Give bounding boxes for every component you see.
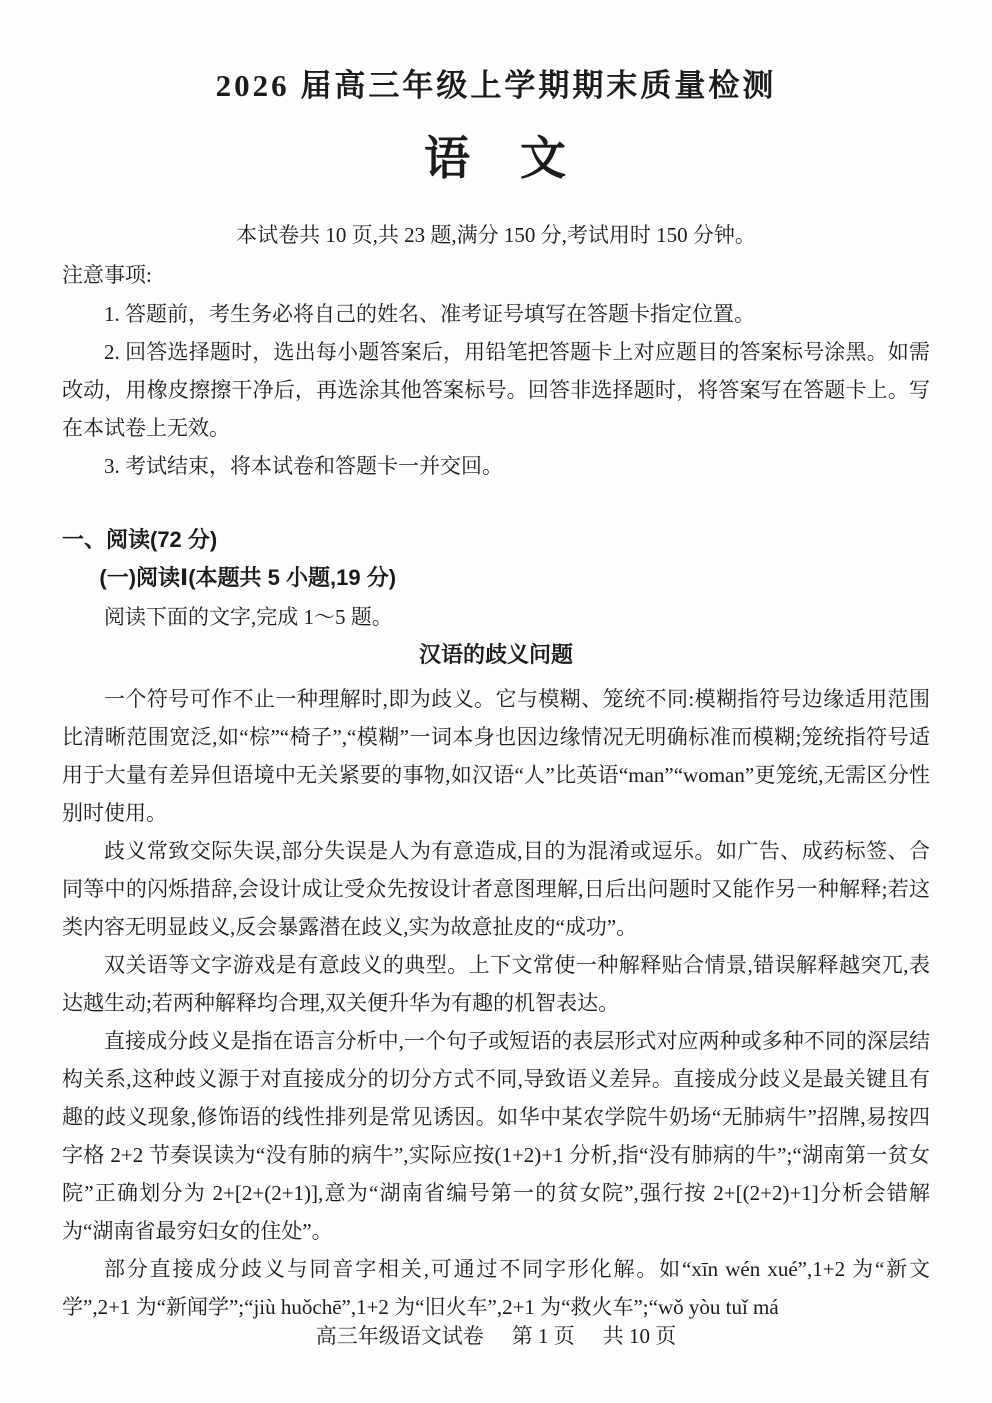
subsection-heading-reading-1: (一)阅读Ⅰ(本题共 5 小题,19 分) <box>62 561 930 595</box>
exam-page: 2026 届高三年级上学期期末质量检测 语 文 本试卷共 10 页,共 23 题… <box>0 0 992 1403</box>
footer-page-number: 第 1 页 <box>512 1324 575 1348</box>
exam-title: 2026 届高三年级上学期期末质量检测 <box>62 66 930 106</box>
notice-item-2: 2. 回答选择题时，选出每小题答案后，用铅笔把答题卡上对应题目的答案标号涂黑。如… <box>62 333 930 447</box>
footer-doc-name: 高三年级语文试卷 <box>316 1324 484 1348</box>
notices-heading: 注意事项: <box>62 260 930 290</box>
footer-total-pages: 共 10 页 <box>603 1324 677 1348</box>
passage-paragraph-5: 部分直接成分歧义与同音字相关,可通过不同字形化解。如“xīn wén xué”,… <box>62 1250 930 1326</box>
passage-paragraph-1: 一个符号可作不止一种理解时,即为歧义。它与模糊、笼统不同:模糊指符号边缘适用范围… <box>62 680 930 832</box>
reading-passage: 一个符号可作不止一种理解时,即为歧义。它与模糊、笼统不同:模糊指符号边缘适用范围… <box>62 680 930 1326</box>
page-footer: 高三年级语文试卷第 1 页共 10 页 <box>0 1321 992 1351</box>
passage-paragraph-3: 双关语等文字游戏是有意歧义的典型。上下文常使一种解释贴合情景,错误解释越突兀,表… <box>62 946 930 1022</box>
notice-item-1: 1. 答题前，考生务必将自己的姓名、准考证号填写在答题卡指定位置。 <box>62 295 930 333</box>
section-heading-reading: 一、阅读(72 分) <box>62 523 930 557</box>
subject-title: 语 文 <box>62 132 930 186</box>
exam-info: 本试卷共 10 页,共 23 题,满分 150 分,考试用时 150 分钟。 <box>62 220 930 250</box>
passage-paragraph-2: 歧义常致交际失误,部分失误是人为有意造成,目的为混淆或逗乐。如广告、成药标签、合… <box>62 832 930 946</box>
reading-instruction: 阅读下面的文字,完成 1～5 题。 <box>62 598 930 636</box>
passage-paragraph-4: 直接成分歧义是指在语言分析中,一个句子或短语的表层形式对应两种或多种不同的深层结… <box>62 1022 930 1250</box>
notice-item-3: 3. 考试结束，将本试卷和答题卡一并交回。 <box>62 447 930 485</box>
passage-title: 汉语的歧义问题 <box>62 636 930 674</box>
